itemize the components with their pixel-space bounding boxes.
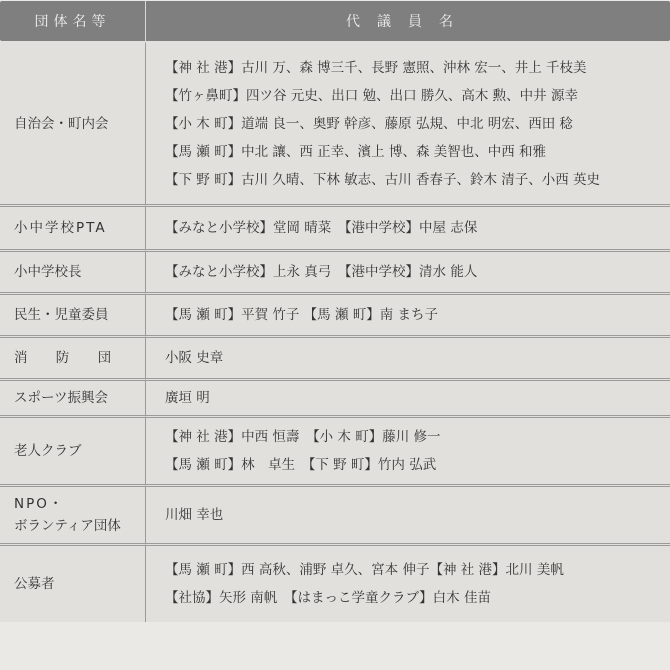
table-row: 老人クラブ 【神 社 港】中西 恒壽 【小 木 町】藤川 修一 【馬 瀬 町】林… xyxy=(0,415,670,484)
organization-cell: スポーツ振興会 xyxy=(0,378,146,415)
table-row: 自治会・町内会 【神 社 港】古川 万、森 博三千、長野 憲照、沖林 宏一、井上… xyxy=(0,41,670,204)
organization-cell: 小中学校長 xyxy=(0,249,146,292)
member-line: 【馬 瀬 町】中北 讓、西 正幸、濱上 博、森 美智也、中西 和雅 xyxy=(165,138,670,166)
members-cell: 廣垣 明 xyxy=(146,378,670,415)
member-line: 【小 木 町】道端 良一、奥野 幹彦、藤原 弘規、中北 明宏、西田 稔 xyxy=(165,110,670,138)
organization-cell: 公募者 xyxy=(0,543,146,622)
table-row: 民生・児童委員 【馬 瀬 町】平賀 竹子 【馬 瀬 町】南 まち子 xyxy=(0,292,670,335)
members-cell: 【みなと小学校】堂岡 晴菜 【港中学校】中屋 志保 xyxy=(146,204,670,249)
member-line: 川畑 幸也 xyxy=(165,501,670,529)
member-line: 【馬 瀬 町】林 卓生 【下 野 町】竹内 弘武 xyxy=(165,451,670,479)
header-representatives: 代議員名 xyxy=(146,1,670,41)
representatives-table-container: 団体名等 代議員名 自治会・町内会 【神 社 港】古川 万、森 博三千、長野 憲… xyxy=(0,0,670,622)
table-row: NPO・ ボランティア団体 川畑 幸也 xyxy=(0,484,670,543)
table-row: 小中学校PTA 【みなと小学校】堂岡 晴菜 【港中学校】中屋 志保 xyxy=(0,204,670,249)
organization-cell: 消 防 団 xyxy=(0,335,146,378)
organization-cell: 小中学校PTA xyxy=(0,204,146,249)
members-cell: 【馬 瀬 町】平賀 竹子 【馬 瀬 町】南 まち子 xyxy=(146,292,670,335)
member-line: 【神 社 港】古川 万、森 博三千、長野 憲照、沖林 宏一、井上 千枝美 xyxy=(165,54,670,82)
member-line: 小阪 史章 xyxy=(165,344,670,372)
member-line: 廣垣 明 xyxy=(165,384,670,412)
member-line: 【馬 瀬 町】西 高秋、浦野 卓久、宮本 伸子【神 社 港】北川 美帆 xyxy=(165,556,670,584)
table-header-row: 団体名等 代議員名 xyxy=(0,1,670,41)
member-line: 【社協】矢形 南帆 【はまっこ学童クラブ】白木 佳苗 xyxy=(165,584,670,612)
member-line: 【みなと小学校】上永 真弓 【港中学校】清水 能人 xyxy=(165,258,670,286)
organization-cell: 民生・児童委員 xyxy=(0,292,146,335)
members-cell: 【神 社 港】古川 万、森 博三千、長野 憲照、沖林 宏一、井上 千枝美 【竹ヶ… xyxy=(146,41,670,204)
member-line: 【みなと小学校】堂岡 晴菜 【港中学校】中屋 志保 xyxy=(165,214,670,242)
member-line: 【竹ヶ鼻町】四ツ谷 元史、出口 勉、出口 勝久、高木 勲、中井 源幸 xyxy=(165,82,670,110)
header-organization: 団体名等 xyxy=(0,1,146,41)
organization-line: NPO・ xyxy=(14,493,145,515)
members-cell: 小阪 史章 xyxy=(146,335,670,378)
representatives-table: 団体名等 代議員名 自治会・町内会 【神 社 港】古川 万、森 博三千、長野 憲… xyxy=(0,1,670,622)
organization-cell: 自治会・町内会 xyxy=(0,41,146,204)
members-cell: 【神 社 港】中西 恒壽 【小 木 町】藤川 修一 【馬 瀬 町】林 卓生 【下… xyxy=(146,415,670,484)
members-cell: 川畑 幸也 xyxy=(146,484,670,543)
member-line: 【神 社 港】中西 恒壽 【小 木 町】藤川 修一 xyxy=(165,423,670,451)
table-row: 公募者 【馬 瀬 町】西 高秋、浦野 卓久、宮本 伸子【神 社 港】北川 美帆 … xyxy=(0,543,670,622)
organization-cell: NPO・ ボランティア団体 xyxy=(0,484,146,543)
table-row: 消 防 団 小阪 史章 xyxy=(0,335,670,378)
member-line: 【馬 瀬 町】平賀 竹子 【馬 瀬 町】南 まち子 xyxy=(165,301,670,329)
member-line: 【下 野 町】古川 久晴、下林 敏志、古川 香春子、鈴木 清子、小西 英史 xyxy=(165,166,670,194)
table-row: スポーツ振興会 廣垣 明 xyxy=(0,378,670,415)
organization-line: ボランティア団体 xyxy=(14,515,145,537)
members-cell: 【馬 瀬 町】西 高秋、浦野 卓久、宮本 伸子【神 社 港】北川 美帆 【社協】… xyxy=(146,543,670,622)
members-cell: 【みなと小学校】上永 真弓 【港中学校】清水 能人 xyxy=(146,249,670,292)
organization-cell: 老人クラブ xyxy=(0,415,146,484)
table-row: 小中学校長 【みなと小学校】上永 真弓 【港中学校】清水 能人 xyxy=(0,249,670,292)
